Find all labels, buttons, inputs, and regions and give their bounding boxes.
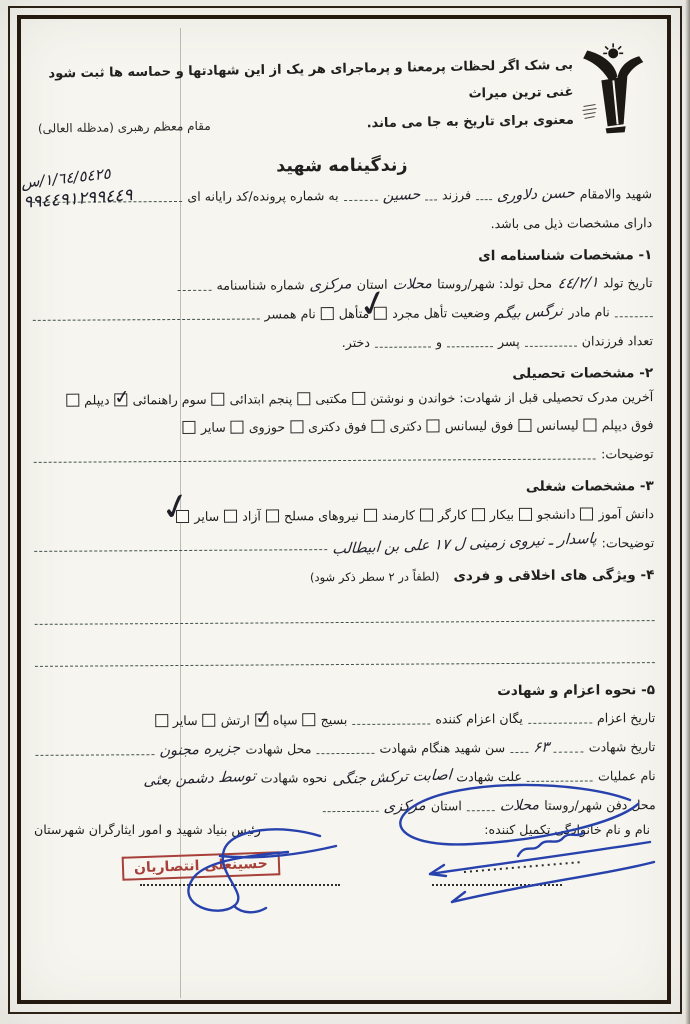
section-heading: ۳- مشخصات شغلی (34, 478, 654, 498)
blank-fill-line (33, 314, 260, 320)
form-line (35, 645, 655, 671)
form-label: بسیج (321, 711, 348, 729)
form-section: ۲- مشخصات تحصیلیآخرین مدرک تحصیلی قبل از… (33, 365, 654, 467)
checkbox-artesh[interactable] (203, 714, 216, 727)
checkbox-seminary[interactable] (231, 421, 244, 434)
form-label: توضیحات: (601, 445, 654, 464)
form-label: نام مادر (568, 303, 610, 322)
form-label: محل شهادت (245, 740, 311, 759)
handwritten-entry: توسط دشمن بعثی (143, 769, 256, 790)
blank-fill-line (35, 658, 655, 667)
form-label: سایر (194, 508, 219, 526)
section-heading: ۲- مشخصات تحصیلی (33, 365, 653, 385)
quote-attribution: مقام معظم رهبری (مدظله العالی) (38, 113, 211, 141)
form-label: دختر. (342, 333, 370, 351)
checkbox-maktabi[interactable] (297, 392, 310, 405)
blank-fill-line (527, 777, 593, 782)
form-label: آخرین مدرک تحصیلی قبل از شهادت: خواندن و… (370, 388, 653, 408)
blank-fill-line (528, 719, 592, 724)
handwritten-entry: حسین (382, 187, 420, 205)
handwritten-entry: مرکزی (309, 276, 352, 294)
form-line: تاریخ تولد٤٤/٢/١محل تولد: شهر/روستامحلات… (33, 270, 653, 296)
form-label: فوق دکتری (308, 418, 367, 437)
checkbox-single[interactable]: ✓ (374, 307, 387, 320)
form-label: وضعیت تأهل مجرد (392, 304, 490, 323)
form-label: بیکار (490, 506, 514, 524)
blank-fill-line (447, 342, 493, 347)
scan-edge-shadow (685, 0, 690, 1024)
chief-signature-line (140, 884, 340, 886)
blank-fill-line (344, 196, 378, 201)
form-label: سن شهید هنگام شهادت (379, 739, 505, 758)
section-heading: ۵- نحوه اعزام و شهادت (35, 682, 655, 702)
form-label: تاریخ اعزام (597, 709, 655, 728)
form-label: شماره شناسنامه (216, 276, 304, 295)
form-label: دیپلم (84, 391, 110, 409)
checkbox-armed-forces[interactable] (266, 510, 279, 523)
form-label: دانش آموز (598, 505, 654, 524)
blank-fill-line (34, 455, 596, 463)
checkbox-associate[interactable] (584, 419, 597, 432)
form-label: تاریخ تولد (603, 274, 653, 293)
blank-fill-line (35, 751, 154, 757)
form-section: ۳- مشخصات شغلیدانش آموزدانشجوبیکارکارگرک… (34, 478, 654, 556)
checkbox-reading-writing[interactable] (352, 392, 365, 405)
form-section: ۵- نحوه اعزام و شهادتتاریخ اعزامیگان اعز… (35, 682, 656, 818)
bonyad-shahid-logo-icon (575, 40, 648, 144)
checkbox-worker[interactable] (420, 509, 433, 522)
blank-fill-line (317, 749, 375, 754)
section-note: (لطفاً در ۲ سطر ذکر شود) (310, 570, 440, 585)
blank-fill-line (476, 195, 492, 200)
form-line: آخرین مدرک تحصیلی قبل از شهادت: خواندن و… (33, 388, 653, 438)
form-label: و (436, 333, 442, 351)
form-line: محل دفن شهر/روستامحلاتاستانمرکزی (36, 792, 656, 818)
blank-fill-line (615, 312, 653, 317)
form-label: ارتش (221, 712, 250, 730)
foundation-chief-label: رئیس بنیاد شهید و امور ایثارگران شهرستان (34, 822, 261, 837)
form-label: استان (431, 797, 462, 815)
form-line: تاریخ اعزامیگان اعزام کنندهبسیجسپاه✓ارتش… (35, 705, 655, 731)
blank-fill-line (425, 195, 437, 200)
form-label: سایر (201, 419, 226, 437)
form-line: دانش آموزدانشجوبیکارکارگرکارمندنیروهای م… (34, 501, 654, 527)
blank-fill-line (34, 545, 327, 552)
form-label: آزاد (242, 508, 261, 526)
form-line: تعداد فرزندانپسرودختر. (33, 328, 653, 354)
form-label: تاریخ شهادت (589, 738, 656, 757)
form-label: فوق دیپلم (602, 416, 654, 435)
form-label: شهید والامقام (580, 185, 652, 204)
checkbox-basij[interactable] (303, 714, 316, 727)
form-label: کارگر (438, 506, 467, 524)
header-quote: بی شک اگر لحظات پرمعنا و پرماجرای هر یک … (37, 52, 574, 143)
checkbox-doctorate[interactable] (372, 420, 385, 433)
blank-fill-line (35, 616, 655, 625)
form-section: ۴- ویژگی های اخلاقی و فردی(لطفاً در ۲ سط… (34, 567, 655, 671)
form-label: به شماره پرونده/کد رایانه ای (187, 187, 338, 206)
form-label: مکتبی (315, 390, 347, 408)
form-label: توضیحات: (602, 534, 655, 553)
blank-fill-line (177, 286, 211, 291)
form-line: نام عملیاتعلت شهادتاصابت ترکش جنگینحوه ش… (36, 763, 656, 789)
checkbox-other-occupation[interactable]: ✓ (176, 510, 189, 523)
form-label: حوزوی (249, 418, 285, 436)
form-line: دارای مشخصات ذیل می باشد. (32, 210, 652, 236)
blank-fill-line (525, 341, 577, 346)
checkbox-student-university[interactable] (519, 508, 532, 521)
form-label: دارای مشخصات ذیل می باشد. (490, 214, 652, 233)
handwritten-entry: محلات (392, 276, 432, 294)
checkmark: ✓ (254, 708, 272, 729)
checkbox-self-employed[interactable] (224, 510, 237, 523)
checkmark: ✓ (114, 388, 132, 409)
checkbox-postdoc[interactable] (290, 421, 303, 434)
form-label: محل دفن شهر/روستا (544, 796, 656, 815)
handwritten-entry: محلات (499, 797, 539, 815)
form-label: دانشجو (537, 506, 576, 524)
form-label: سایر (173, 712, 198, 730)
form-label: پسر (498, 333, 520, 351)
form-label: فرزند (442, 186, 471, 204)
form-label: یگان اعزام کننده (435, 710, 523, 729)
checkbox-third-middle[interactable]: ✓ (115, 393, 128, 406)
checkbox-diploma[interactable] (66, 394, 79, 407)
completer-name-label: نام و نام خانوادگی تکمیل کننده: (484, 822, 650, 837)
form-label: علت شهادت (456, 768, 522, 787)
handwritten-entry: حسن دلاوری (497, 185, 576, 204)
blank-fill-line (554, 748, 584, 753)
form-label: سوم راهنمائی (133, 391, 207, 410)
checkbox-bachelor[interactable] (518, 419, 531, 432)
blank-fill-line (375, 342, 431, 347)
form-label: فوق لیسانس (445, 417, 514, 436)
checkbox-master[interactable] (427, 420, 440, 433)
handwritten-entry: ۶۳ (533, 740, 550, 757)
completer-signature-line (432, 884, 562, 886)
blank-fill-line (352, 720, 430, 725)
checkbox-other-dispatch[interactable] (155, 714, 168, 727)
handwritten-entry: پاسدار ـ نیروی زمینی ل ۱۷ علی بن ابیطالب (331, 531, 597, 558)
handwritten-entry: نرگس بیگم (495, 303, 564, 322)
section-heading: ۱- مشخصات شناسنامه ای (32, 247, 652, 267)
form-line: تاریخ شهادت۶۳سن شهید هنگام شهادتمحل شهاد… (35, 734, 655, 760)
form-line: نام مادرنرگس بیگموضعیت تأهل مجرد✓متأهلنا… (33, 299, 653, 325)
handwritten-entry: اصابت ترکش جنگی (332, 768, 452, 789)
form-label: پنجم ابتدائی (230, 390, 293, 409)
checkbox-unemployed[interactable] (472, 509, 485, 522)
checkbox-fifth-grade[interactable] (212, 393, 225, 406)
form-label: لیسانس (536, 417, 578, 436)
section-heading: ۴- ویژگی های اخلاقی و فردی(لطفاً در ۲ سط… (34, 567, 654, 587)
form-label: تعداد فرزندان (582, 332, 653, 351)
form-label: دکتری (390, 418, 422, 436)
quote-line-2: معنوی برای تاریخ به جا می ماند. (366, 106, 574, 137)
form-section: ۱- مشخصات شناسنامه ایتاریخ تولد٤٤/٢/١محل… (32, 247, 653, 354)
form-label: کارمند (382, 507, 415, 525)
blank-fill-line (323, 807, 379, 812)
checkbox-employee[interactable] (364, 509, 377, 522)
checkbox-sepah[interactable]: ✓ (255, 714, 268, 727)
form-label: نام عملیات (598, 767, 656, 786)
form-footer: نام و نام خانوادگی تکمیل کننده: رئیس بنی… (34, 822, 650, 837)
form-label: سپاه (273, 711, 298, 729)
form-label: نیروهای مسلح (284, 507, 359, 526)
form-line (35, 603, 655, 629)
handwritten-entry: مرکزی (383, 798, 426, 816)
checkbox-student-school[interactable] (580, 508, 593, 521)
quote-line-1: بی شک اگر لحظات پرمعنا و پرماجرای هر یک … (37, 52, 574, 115)
handwritten-entry: جزیره مجنون (159, 741, 241, 760)
scanned-martyr-biography-form: بی شک اگر لحظات پرمعنا و پرماجرای هر یک … (0, 0, 690, 1024)
form-label: نام همسر (264, 305, 315, 324)
handwritten-entry: ٤٤/٢/١ (557, 275, 599, 293)
blank-fill-line (510, 748, 528, 753)
blank-fill-line (467, 806, 495, 811)
form-line: توضیحات:پاسدار ـ نیروی زمینی ل ۱۷ علی بن… (34, 530, 654, 556)
form-line: توضیحات: (34, 441, 654, 467)
form-body: شهید والامقامحسن دلاوریفرزندحسینبه شماره… (32, 181, 656, 818)
form-label: محل تولد: شهر/روستا (437, 274, 552, 293)
checkbox-married[interactable] (321, 307, 334, 320)
form-label: نحوه شهادت (261, 769, 328, 788)
checkbox-other-education[interactable] (183, 421, 196, 434)
